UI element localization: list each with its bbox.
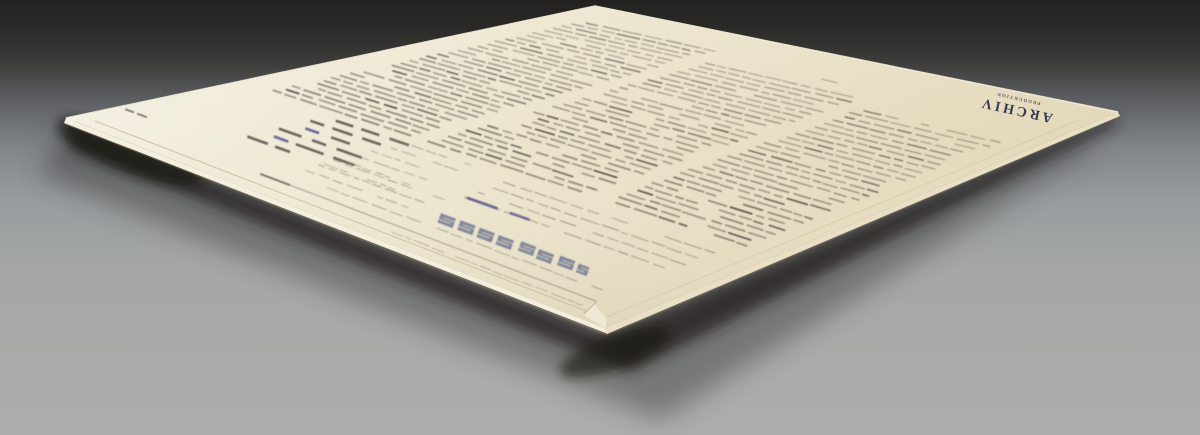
lp-sleeve-photo: ARCHIV PRODUKTION (0, 0, 1200, 435)
photo-stage: ARCHIV PRODUKTION (0, 0, 1200, 435)
